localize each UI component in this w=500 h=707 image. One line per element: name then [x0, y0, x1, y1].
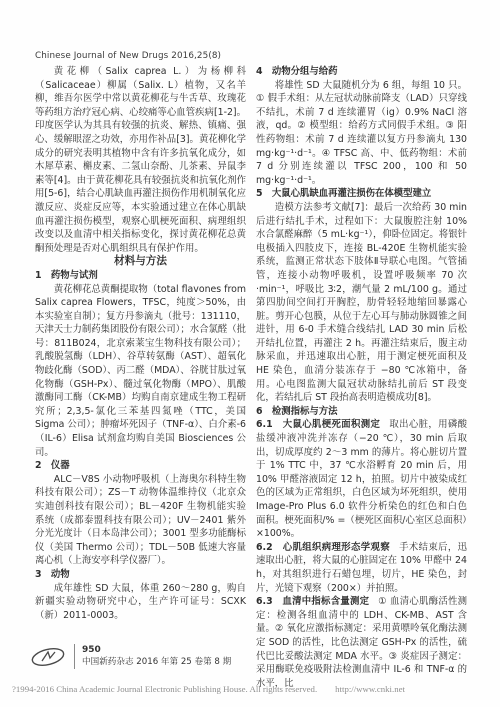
journal-header: Chinese Journal of New Drugs 2016,25(8)	[35, 51, 221, 61]
section-2-heading: 2 仪器	[35, 459, 246, 473]
section-5-body: 造模方法参考文献[7]：最后一次给药 30 min 后进行结扎手术，过程如下：大…	[256, 201, 467, 405]
section-6-1-heading: 6.1 大鼠心肌梗死面积测定	[256, 419, 380, 430]
journal-logo-icon	[29, 645, 67, 669]
copyright-line: ?1994-2016 China Academic Journal Electr…	[12, 684, 472, 694]
section-6-1-paragraph: 6.1 大鼠心肌梗死面积测定取出心脏，用磷酸盐缓冲液冲洗并冻存（−20 ℃），3…	[256, 418, 467, 540]
page-footer: 950 中国新药杂志 2016 年第 25 卷第 8 期	[29, 644, 231, 669]
footer-text: 950 中国新药杂志 2016 年第 25 卷第 8 期	[82, 645, 231, 668]
section-3-heading: 3 动物	[35, 568, 246, 582]
section-6-1-body: 取出心脏，用磷酸盐缓冲液冲洗并冻存（−20 ℃），30 min 后取出，切成厚度…	[256, 419, 467, 539]
section-1-body: 黄花柳花总黄酮提取物（total flavones from Salix cap…	[35, 283, 246, 460]
section-6-2-paragraph: 6.2 心肌组织病理形态学观察手术结束后，迅速取出心脏，将大鼠的心脏固定在 10…	[256, 541, 467, 595]
materials-methods-heading: 材料与方法	[35, 255, 246, 269]
cnki-url: http://www.cnki.net	[335, 684, 405, 694]
section-6-2-heading: 6.2 心肌组织病理形态学观察	[256, 542, 390, 553]
section-6-3-body: ① 血清心肌酶活性测定：检测各组血清中的 LDH、CK-MB、AST 含量。② …	[256, 596, 467, 689]
section-6-3-heading: 6.3 血清中指标含量测定	[256, 596, 369, 607]
section-1-heading: 1 药物与试剂	[35, 269, 246, 283]
section-2-body: ALC－V8S 小动物呼吸机（上海奥尔科特生物科技有限公司）；ZS－T 动物体温…	[35, 473, 246, 568]
journal-volume-line: 中国新药杂志 2016 年第 25 卷第 8 期	[82, 656, 231, 668]
section-4-heading: 4 动物分组与给药	[256, 65, 467, 79]
journal-scan-page: Chinese Journal of New Drugs 2016,25(8) …	[0, 0, 500, 707]
footer-divider	[74, 644, 75, 669]
section-5-heading: 5 大鼠心肌缺血再灌注损伤在体模型建立	[256, 187, 467, 201]
intro-paragraph: 黄花柳（Salix caprea L.）为杨柳科（Salicaceae）柳属（S…	[35, 65, 246, 255]
copyright-text: ?1994-2016 China Academic Journal Electr…	[12, 684, 317, 694]
right-column: 4 动物分组与给药 将雄性 SD 大鼠随机分为 6 组，每组 10 只。① 假手…	[256, 65, 467, 690]
article-body: 黄花柳（Salix caprea L.）为杨柳科（Salicaceae）柳属（S…	[35, 65, 467, 690]
section-4-body: 将雄性 SD 大鼠随机分为 6 组，每组 10 只。① 假手术组：从左冠状动脉前…	[256, 79, 467, 188]
left-column: 黄花柳（Salix caprea L.）为杨柳科（Salicaceae）柳属（S…	[35, 65, 246, 690]
section-6-3-paragraph: 6.3 血清中指标含量测定① 血清心肌酶活性测定：检测各组血清中的 LDH、CK…	[256, 595, 467, 690]
section-3-body: 成年雄性 SD 大鼠，体重 260～280 g，购自新疆实验动物研究中心，生产许…	[35, 582, 246, 623]
page-number: 950	[82, 645, 231, 656]
section-6-heading: 6 检测指标与方法	[256, 405, 467, 419]
